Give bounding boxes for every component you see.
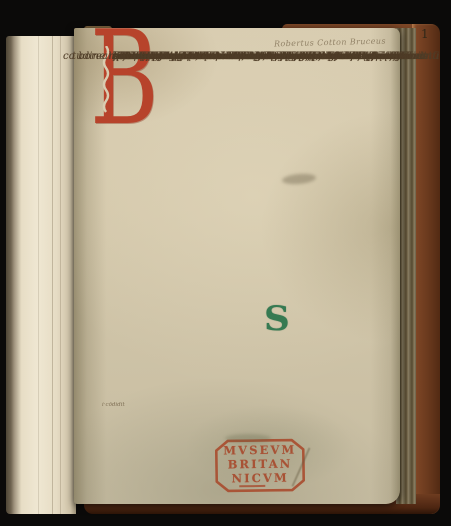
ink-smudge	[225, 434, 271, 443]
text-line: nūtiatū est ęnee qd nurus sua gravida es…	[113, 50, 405, 64]
page-edges-left-stack	[6, 36, 76, 514]
folio-number: 1	[421, 27, 429, 41]
binding-leather-right	[412, 24, 440, 514]
manuscript-photo: Robertus Cotton Bruceus 1 B S Rittannia …	[0, 0, 451, 526]
stamp-text-line1: MVSEVM	[215, 442, 305, 457]
stamp-text-line2: BRITAN	[215, 456, 305, 471]
interlinear-gloss: i·cōdidit	[102, 402, 125, 408]
text-block: Rittannia insula. a quodā bruto consule …	[113, 50, 397, 458]
